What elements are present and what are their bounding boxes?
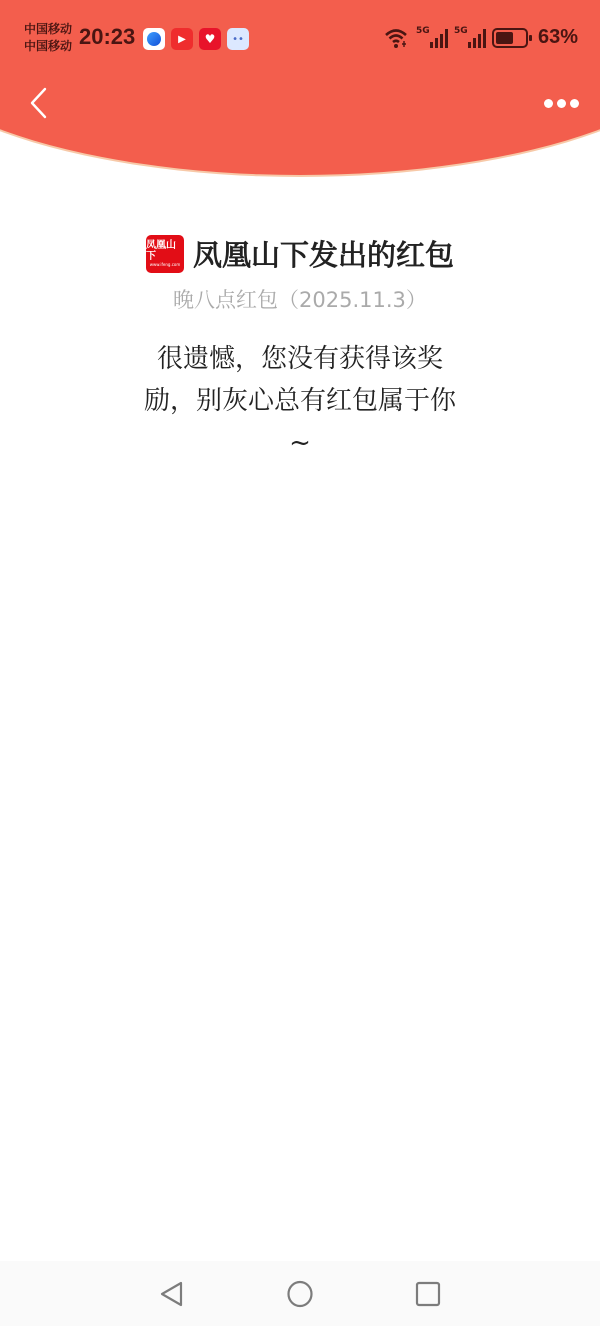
sender-header: 凤凰山下 www.ifeng.com 凤凰山下发出的红包 [0,233,600,274]
more-dots-icon[interactable] [544,96,580,110]
battery-icon [492,28,528,48]
system-nav-bar [0,1261,600,1326]
carrier-2: 中国移动 [24,38,72,55]
circle-home-icon[interactable] [286,1280,314,1308]
signal-icon-1: 5G [416,28,448,48]
system-icons: 5G 5G 63% [384,26,578,49]
carrier-1: 中国移动 [24,21,72,38]
battery-percent: 63% [538,26,578,49]
chevron-left-icon[interactable] [26,86,54,120]
notification-icons: ▶ ♥ •• [143,28,249,50]
video-app-icon: ▶ [171,28,193,50]
assistant-app-icon: •• [227,28,249,50]
signal-icon-2: 5G [454,28,486,48]
packet-subtitle: 晚八点红包（2025.11.3） [0,284,600,314]
carrier-labels: 中国移动 中国移动 [24,21,72,55]
triangle-back-icon[interactable] [158,1280,186,1308]
status-bar: 中国移动 中国移动 20:23 ▶ ♥ •• 5G 5G 63% [0,0,600,78]
sender-title: 凤凰山下发出的红包 [193,233,454,274]
sender-logo: 凤凰山下 www.ifeng.com [146,235,184,273]
square-recents-icon[interactable] [414,1280,442,1308]
browser-app-icon [143,28,165,50]
clock: 20:23 [79,24,135,50]
result-message: 很遗憾，您没有获得该奖励，别灰心总有红包属于你~ [140,338,460,464]
pinduoduo-app-icon: ♥ [199,28,221,50]
wifi-icon [384,27,410,49]
